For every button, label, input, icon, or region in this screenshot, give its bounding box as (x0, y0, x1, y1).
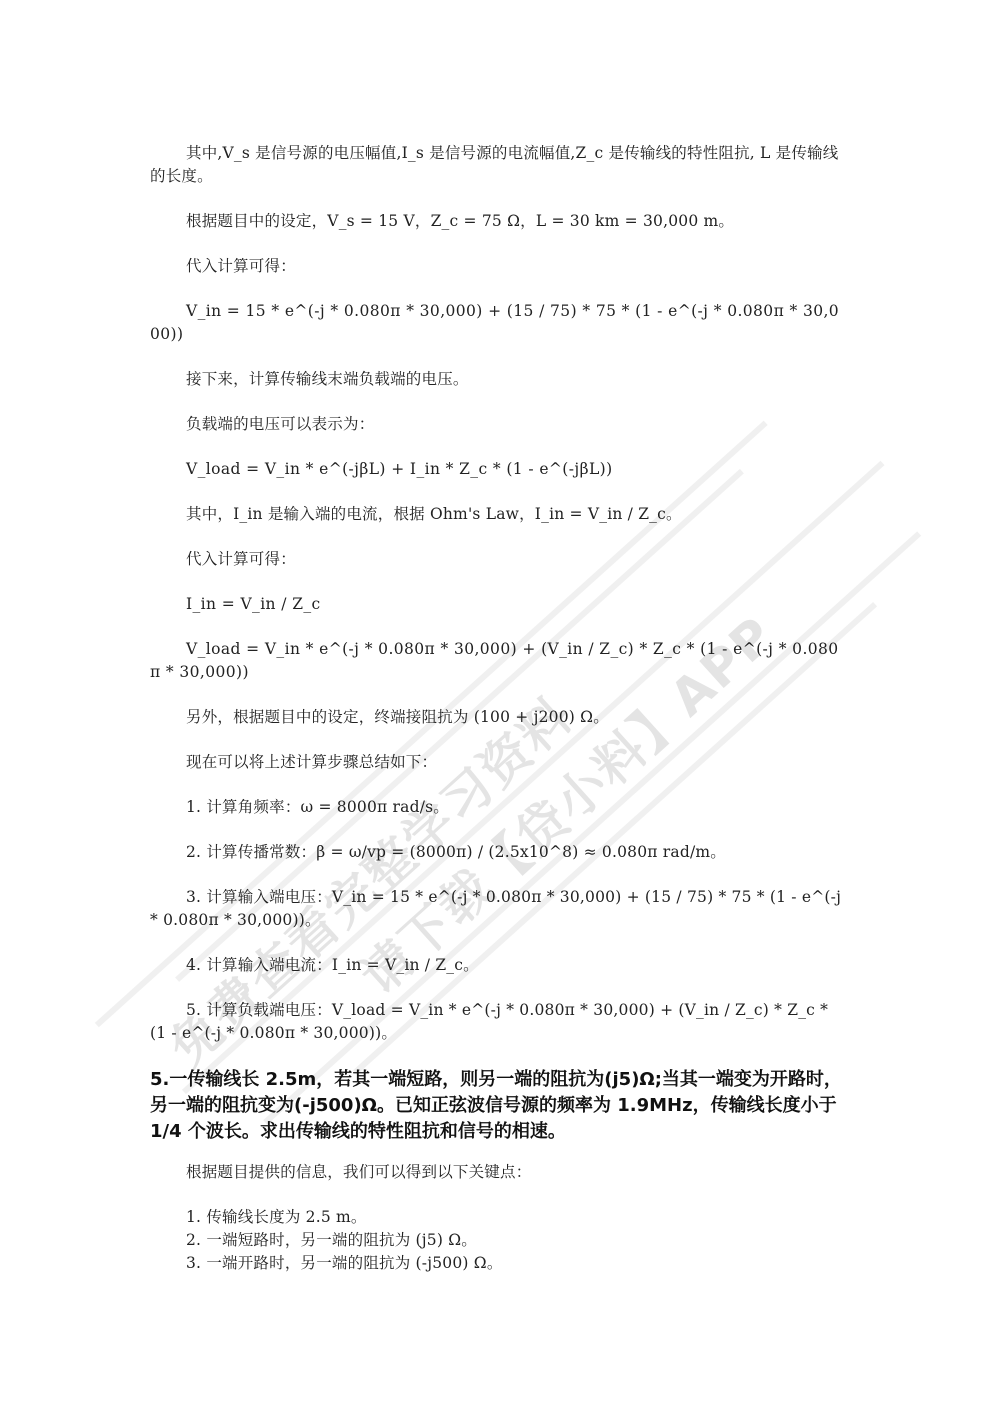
summary-step-4: 4. 计算输入端电流：I_in = V_in / Z_c。 (150, 954, 845, 977)
question-heading: 5.一传输线长 2.5m，若其一端短路，则另一端的阻抗为(j5)Ω;当其一端变为… (150, 1067, 845, 1145)
summary-step-3: 3. 计算输入端电压：V_in = 15 * e^(-j * 0.080π * … (150, 886, 845, 932)
key-points-list: 1. 传输线长度为 2.5 m。 2. 一端短路时，另一端的阻抗为 (j5) Ω… (150, 1206, 845, 1275)
paragraph-given-values: 根据题目中的设定，V_s = 15 V，Z_c = 75 Ω，L = 30 km… (150, 210, 845, 233)
paragraph-load-voltage-intro: 负载端的电压可以表示为： (150, 413, 845, 436)
summary-step-2: 2. 计算传播常数：β = ω/vp = (8000π) / (2.5x10^8… (150, 841, 845, 864)
key-point: 1. 传输线长度为 2.5 m。 (150, 1206, 845, 1229)
summary-step-1: 1. 计算角频率：ω = 8000π rad/s。 (150, 796, 845, 819)
equation-v-load-general: V_load = V_in * e^(-jβL) + I_in * Z_c * … (150, 458, 845, 481)
equation-v-load: V_load = V_in * e^(-j * 0.080π * 30,000)… (150, 638, 845, 684)
paragraph-substitute: 代入计算可得： (150, 255, 845, 278)
paragraph-summary-intro: 现在可以将上述计算步骤总结如下： (150, 751, 845, 774)
paragraph-next-step: 接下来，计算传输线末端负载端的电压。 (150, 368, 845, 391)
key-point: 3. 一端开路时，另一端的阻抗为 (-j500) Ω。 (150, 1252, 845, 1275)
document-page: 免费查看完整学习资料 请下载【贷小料】APP 其中,V_s 是信号源的电压幅值,… (0, 0, 993, 1404)
answer-intro: 根据题目提供的信息，我们可以得到以下关键点： (150, 1161, 845, 1184)
paragraph-load-impedance: 另外，根据题目中的设定，终端接阻抗为 (100 + j200) Ω。 (150, 706, 845, 729)
equation-i-in: I_in = V_in / Z_c (150, 593, 845, 616)
equation-v-in: V_in = 15 * e^(-j * 0.080π * 30,000) + (… (150, 300, 845, 346)
key-point: 2. 一端短路时，另一端的阻抗为 (j5) Ω。 (150, 1229, 845, 1252)
paragraph-i-in-definition: 其中，I_in 是输入端的电流，根据 Ohm's Law，I_in = V_in… (150, 503, 845, 526)
document-body: 其中,V_s 是信号源的电压幅值,I_s 是信号源的电流幅值,Z_c 是传输线的… (150, 142, 845, 1275)
paragraph-variable-definitions: 其中,V_s 是信号源的电压幅值,I_s 是信号源的电流幅值,Z_c 是传输线的… (150, 142, 845, 188)
paragraph-substitute-2: 代入计算可得： (150, 548, 845, 571)
summary-step-5: 5. 计算负载端电压：V_load = V_in * e^(-j * 0.080… (150, 999, 845, 1045)
